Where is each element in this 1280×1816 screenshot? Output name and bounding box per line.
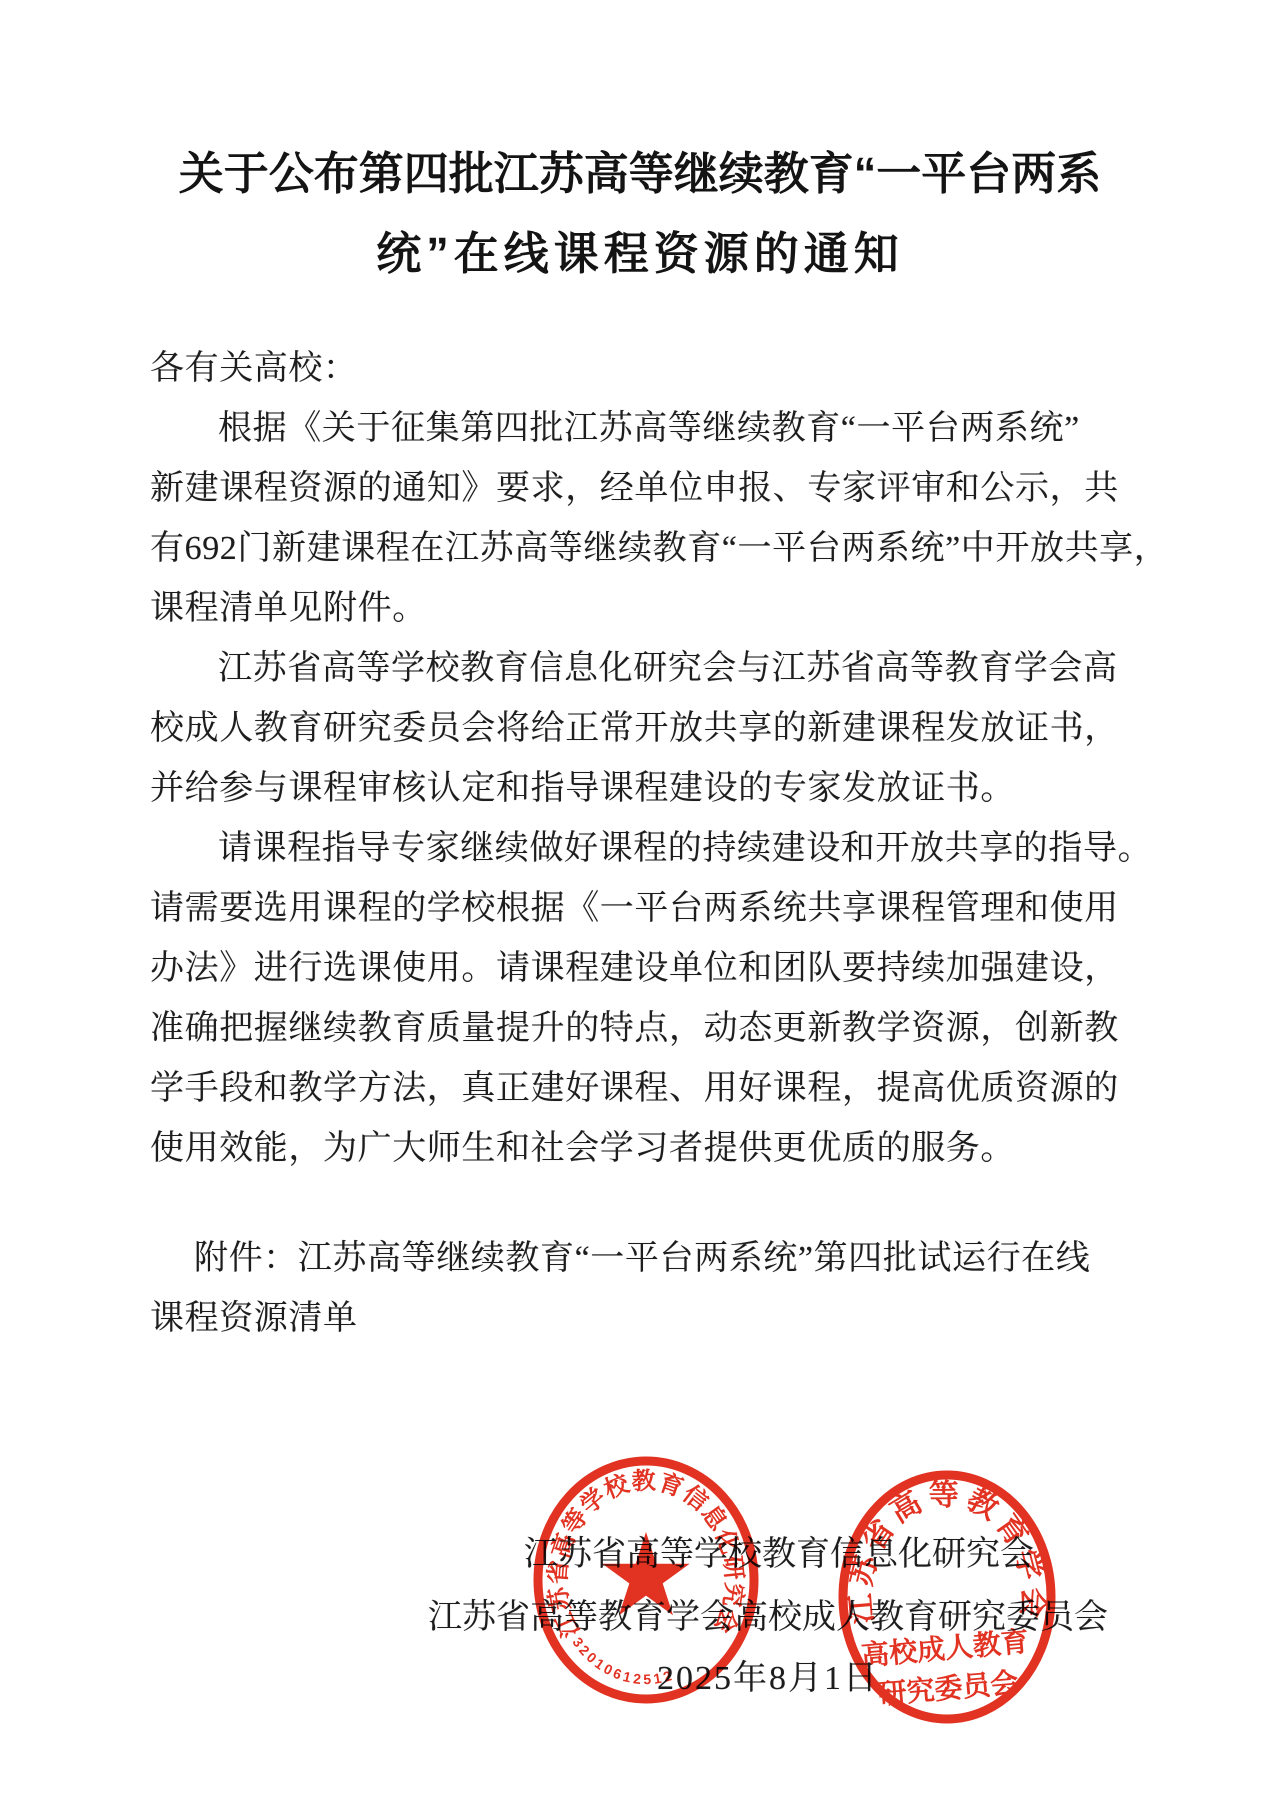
body-line: 根据《关于征集第四批江苏高等继续教育“一平台两系统” bbox=[150, 399, 1165, 459]
body-line: 请课程指导专家继续做好课程的持续建设和开放共享的指导。 bbox=[150, 819, 1165, 879]
body-line: 新建课程资源的通知》要求，经单位申报、专家评审和公示，共 bbox=[150, 459, 1165, 519]
body-line: 学手段和教学方法，真正建好课程、用好课程，提高优质资源的 bbox=[150, 1059, 1165, 1119]
body-line: 有692门新建课程在江苏高等继续教育“一平台两系统”中开放共享， bbox=[150, 519, 1165, 579]
document-title-line2: 统”在线课程资源的通知 bbox=[0, 214, 1280, 294]
svg-text:江苏省高等教育学会: 江苏省高等教育学会 bbox=[844, 1479, 1050, 1625]
document-page: 关于公布第四批江苏高等继续教育“一平台两系 统”在线课程资源的通知 各有关高校：… bbox=[0, 0, 1280, 1816]
body-line: 并给参与课程审核认定和指导课程建设的专家发放证书。 bbox=[150, 759, 1165, 819]
salutation-line: 各有关高校： bbox=[150, 339, 1165, 399]
body-line: 课程清单见附件。 bbox=[150, 579, 1165, 639]
document-body: 各有关高校： 根据《关于征集第四批江苏高等继续教育“一平台两系统” 新建课程资源… bbox=[150, 339, 1165, 1349]
official-seal-left: 江苏省高等学校教育信息化研究会 32010612512 bbox=[529, 1452, 763, 1708]
official-seal-right: 江苏省高等教育学会 高校成人教育 研究委员会 bbox=[834, 1466, 1060, 1728]
body-line: 准确把握继续教育质量提升的特点，动态更新教学资源，创新教 bbox=[150, 999, 1165, 1059]
document-title-line1: 关于公布第四批江苏高等继续教育“一平台两系 bbox=[0, 134, 1280, 214]
seal-right-ring-text: 江苏省高等教育学会 bbox=[844, 1479, 1050, 1625]
attachment-line: 课程资源清单 bbox=[150, 1289, 1165, 1349]
body-line: 请需要选用课程的学校根据《一平台两系统共享课程管理和使用 bbox=[150, 879, 1165, 939]
seal-left-star-icon bbox=[602, 1532, 689, 1615]
seal-right-center-text-line1: 高校成人教育 bbox=[860, 1625, 1030, 1672]
document-title: 关于公布第四批江苏高等继续教育“一平台两系 统”在线课程资源的通知 bbox=[0, 134, 1280, 294]
body-line: 校成人教育研究委员会将给正常开放共享的新建课程发放证书， bbox=[150, 699, 1165, 759]
body-line: 江苏省高等学校教育信息化研究会与江苏省高等教育学会高 bbox=[150, 639, 1165, 699]
body-line: 办法》进行选课使用。请课程建设单位和团队要持续加强建设， bbox=[150, 939, 1165, 999]
attachment-line: 附件：江苏高等继续教育“一平台两系统”第四批试运行在线 bbox=[150, 1229, 1165, 1289]
body-line: 使用效能，为广大师生和社会学习者提供更优质的服务。 bbox=[150, 1119, 1165, 1179]
